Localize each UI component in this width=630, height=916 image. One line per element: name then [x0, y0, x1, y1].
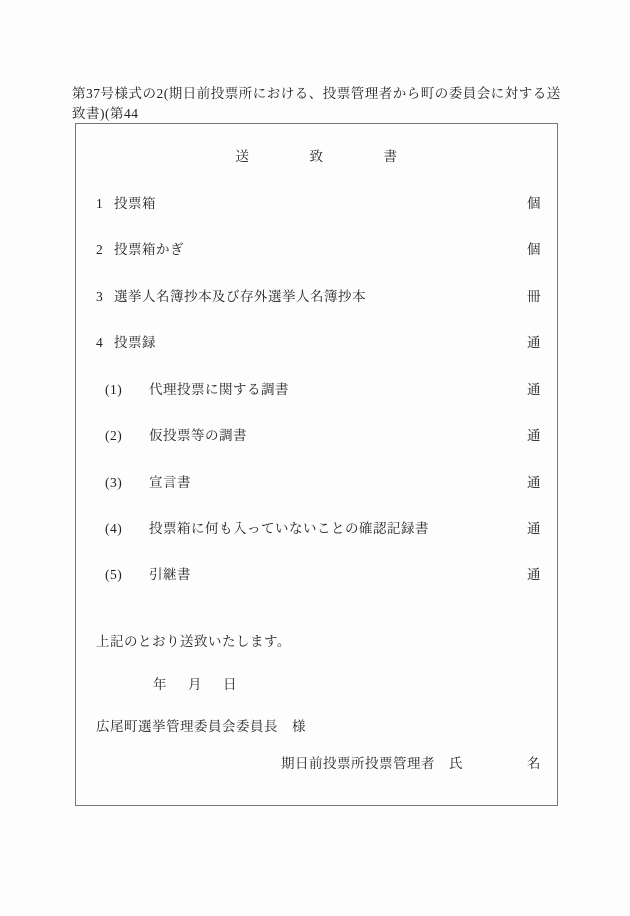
year-label: 年 — [153, 678, 167, 692]
item-unit: 通 — [527, 476, 541, 490]
form-subitem-row: (4) 投票箱に何も入っていないことの確認記録書 通 — [105, 522, 541, 536]
form-item-row: 1 投票箱 個 — [96, 197, 541, 211]
form-reference-line1: 第37号様式の2(期日前投票所における、投票管理者から町の委員会に対する送致書)… — [72, 84, 566, 124]
item-label: 宣言書 — [149, 476, 191, 490]
document-page: 第37号様式の2(期日前投票所における、投票管理者から町の委員会に対する送致書)… — [0, 0, 630, 916]
item-number: 1 — [96, 197, 114, 211]
item-number: 4 — [96, 336, 114, 350]
form-subitem-row: (3) 宣言書 通 — [105, 476, 541, 490]
form-item-row: 4 投票録 通 — [96, 336, 541, 350]
item-label: 投票録 — [114, 336, 156, 350]
item-label: 代理投票に関する調書 — [149, 383, 289, 397]
item-unit: 通 — [527, 568, 541, 582]
item-number: (2) — [105, 429, 149, 443]
item-number: 3 — [96, 290, 114, 304]
form-item-row: 3 選挙人名簿抄本及び存外選挙人名簿抄本 冊 — [96, 290, 541, 304]
date-line: 年 月 日 — [153, 678, 237, 692]
item-number: (4) — [105, 522, 149, 536]
sender-line: 期日前投票所投票管理者 氏 名 — [281, 757, 541, 771]
day-label: 日 — [223, 678, 237, 692]
item-unit: 冊 — [527, 290, 541, 304]
month-label: 月 — [188, 678, 202, 692]
item-unit: 通 — [527, 429, 541, 443]
item-unit: 通 — [527, 383, 541, 397]
item-unit: 通 — [527, 522, 541, 536]
item-number: (3) — [105, 476, 149, 490]
item-label: 投票箱 — [114, 197, 156, 211]
item-unit: 個 — [527, 243, 541, 257]
item-unit: 個 — [527, 197, 541, 211]
item-number: (1) — [105, 383, 149, 397]
form-subitem-row: (2) 仮投票等の調書 通 — [105, 429, 541, 443]
title-char: 書 — [384, 150, 398, 164]
item-number: (5) — [105, 568, 149, 582]
item-label: 引継書 — [149, 568, 191, 582]
title-char: 送 — [236, 150, 250, 164]
form-sheet: 送 致 書 1 投票箱 個 2 投票箱かぎ 個 3 選挙人名簿抄本及び存外選挙人… — [75, 123, 558, 806]
item-label: 選挙人名簿抄本及び存外選挙人名簿抄本 — [114, 290, 366, 304]
item-label: 投票箱かぎ — [114, 243, 184, 257]
form-subitem-row: (1) 代理投票に関する調書 通 — [105, 383, 541, 397]
closing-statement: 上記のとおり送致いたします。 — [96, 635, 291, 649]
item-label: 仮投票等の調書 — [149, 429, 247, 443]
item-number: 2 — [96, 243, 114, 257]
form-subitem-row: (5) 引継書 通 — [105, 568, 541, 582]
sender-name-suffix: 名 — [527, 757, 541, 771]
sender-role: 期日前投票所投票管理者 氏 — [281, 757, 463, 771]
document-title: 送 致 書 — [76, 150, 557, 164]
title-char: 致 — [310, 150, 324, 164]
form-item-row: 2 投票箱かぎ 個 — [96, 243, 541, 257]
item-unit: 通 — [527, 336, 541, 350]
item-label: 投票箱に何も入っていないことの確認記録書 — [149, 522, 429, 536]
addressee-line: 広尾町選挙管理委員会委員長 様 — [96, 720, 306, 734]
